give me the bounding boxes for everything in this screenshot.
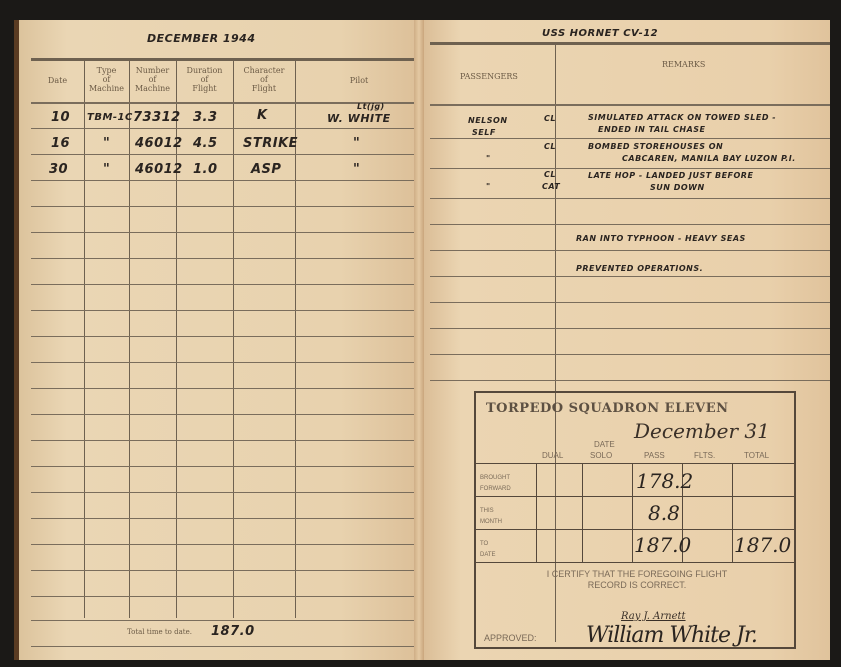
- stamp-col-flts: FLTS.: [694, 451, 715, 460]
- row-rule: [31, 570, 423, 571]
- row-rule: [430, 354, 830, 355]
- to-date-total: 187.0: [734, 533, 791, 557]
- column-divider: [129, 58, 130, 618]
- this-month-pass: 8.8: [648, 501, 680, 525]
- row1-code: CL: [544, 114, 556, 123]
- col-header-type: Type of Machine: [84, 66, 129, 93]
- stamp-col-divider: [582, 463, 583, 562]
- row1-duration: 3.3: [193, 110, 218, 125]
- stamp-col-divider: [536, 463, 537, 562]
- stamp-col-divider: [732, 463, 733, 562]
- row-rule: [31, 596, 423, 597]
- header-text: Character: [233, 66, 295, 75]
- stamp-row-label-to-date: TO DATE: [480, 539, 496, 561]
- typhoon-note: RAN INTO TYPHOON - HEAVY SEAS: [576, 234, 746, 243]
- column-divider: [84, 58, 85, 618]
- row-rule: [31, 466, 423, 467]
- row-rule: [430, 224, 830, 225]
- row3-code: CL: [544, 170, 556, 179]
- row-rule: [31, 180, 423, 181]
- row3-duration: 1.0: [193, 162, 218, 177]
- row-rule: [430, 198, 830, 199]
- stamp-rule: [476, 496, 794, 497]
- row1-remark-2: ENDED IN TAIL CHASE: [598, 125, 706, 134]
- stamp-rule: [476, 562, 794, 563]
- row-rule: [31, 284, 423, 285]
- stamp-col-divider: [632, 463, 633, 562]
- stamp-col-pass: PASS: [644, 451, 665, 460]
- table-top-rule: [31, 58, 423, 61]
- month-heading: DECEMBER 1944: [147, 32, 256, 45]
- row-rule: [31, 362, 423, 363]
- row1-remark: SIMULATED ATTACK ON TOWED SLED -: [588, 113, 776, 122]
- certification-text: I CERTIFY THAT THE FOREGOING FLIGHT RECO…: [502, 569, 772, 591]
- stamp-col-solo: SOLO: [590, 451, 612, 460]
- left-page: DECEMBER 1944 Date Type of Machine Numbe…: [14, 20, 420, 660]
- col-header-pilot: Pilot: [295, 76, 423, 85]
- row-rule: [430, 168, 830, 169]
- col-header-passengers: PASSENGERS: [460, 72, 518, 81]
- row-rule: [31, 544, 423, 545]
- row2-type: ": [103, 136, 110, 151]
- label-line: FORWARD: [480, 484, 511, 495]
- row1-date: 10: [51, 110, 70, 125]
- header-text: Machine: [84, 84, 129, 93]
- row2-code: CL: [544, 142, 556, 151]
- row-rule: [430, 250, 830, 251]
- stamp-row-label-this-month: THIS MONTH: [480, 506, 502, 528]
- row-rule: [31, 620, 423, 621]
- header-text: Flight: [176, 84, 233, 93]
- row-rule: [31, 336, 423, 337]
- row-rule: [31, 646, 423, 647]
- col-header-date: Date: [31, 76, 84, 85]
- row-rule: [31, 440, 423, 441]
- row3-pilot: ": [353, 162, 360, 177]
- col-header-remarks: REMARKS: [662, 60, 705, 69]
- table-top-rule: [430, 42, 830, 45]
- row3-remark: LATE HOP - LANDED JUST BEFORE: [588, 171, 753, 180]
- stamp-rule: [476, 529, 794, 530]
- row1-passenger: NELSON: [468, 116, 508, 125]
- logbook-photo: DECEMBER 1944 Date Type of Machine Numbe…: [0, 0, 841, 667]
- stamp-rule: [476, 463, 794, 464]
- header-bottom-rule: [430, 104, 830, 106]
- label-line: BROUGHT: [480, 473, 511, 484]
- row1-passenger-2: SELF: [472, 128, 496, 137]
- row3-character: ASP: [251, 162, 281, 177]
- label-line: THIS: [480, 506, 502, 517]
- row3-passenger: ": [486, 182, 491, 191]
- label-line: MONTH: [480, 517, 502, 528]
- row3-date: 30: [49, 162, 68, 177]
- header-text: Flight: [233, 84, 295, 93]
- row1-character: K: [257, 108, 268, 123]
- row-rule: [31, 154, 423, 155]
- row-rule: [430, 302, 830, 303]
- row2-date: 16: [51, 136, 70, 151]
- certify-line: RECORD IS CORRECT.: [502, 580, 772, 591]
- stamp-col-total: TOTAL: [744, 451, 769, 460]
- row-rule: [31, 310, 423, 311]
- header-text: Number: [129, 66, 176, 75]
- row1-number: 73312: [133, 110, 181, 125]
- row2-duration: 4.5: [193, 136, 218, 151]
- row3-remark-2: SUN DOWN: [650, 183, 705, 192]
- row-rule: [31, 232, 423, 233]
- ship-heading: USS HORNET CV-12: [542, 28, 658, 39]
- book-spine-gutter: [414, 20, 424, 660]
- total-time-label: Total time to date.: [127, 628, 192, 636]
- approver-signature: William White Jr.: [586, 623, 757, 648]
- col-header-duration: Duration of Flight: [176, 66, 233, 93]
- row-rule: [31, 492, 423, 493]
- header-text: Pilot: [295, 76, 423, 85]
- col-header-character: Character of Flight: [233, 66, 295, 93]
- row-rule: [430, 138, 830, 139]
- stamp-date-label: DATE: [594, 440, 615, 449]
- to-date-pass: 187.0: [634, 533, 691, 557]
- header-text: Duration: [176, 66, 233, 75]
- squadron-certification-stamp: TORPEDO SQUADRON ELEVEN DATE December 31…: [474, 391, 796, 649]
- approved-label: APPROVED:: [484, 633, 537, 643]
- row2-pilot: ": [353, 136, 360, 151]
- row2-remark-2: CABCAREN, MANILA BAY LUZON P.I.: [622, 154, 796, 163]
- row3-type: ": [103, 162, 110, 177]
- header-text: of: [129, 75, 176, 84]
- header-text: of: [233, 75, 295, 84]
- stamp-col-dual: DUAL: [542, 451, 563, 460]
- brought-forward-pass: 178.2: [636, 469, 693, 493]
- row2-character: STRIKE: [243, 136, 298, 151]
- column-divider: [233, 58, 234, 618]
- row-rule: [31, 388, 423, 389]
- row1-pilot-rank: Lt(jg): [357, 102, 385, 111]
- row-rule: [430, 380, 830, 381]
- certifier-signature: Ray J. Arnett: [621, 611, 686, 622]
- row-rule: [430, 328, 830, 329]
- typhoon-note-2: PREVENTED OPERATIONS.: [576, 264, 703, 273]
- row2-passenger: ": [486, 154, 491, 163]
- certify-line: I CERTIFY THAT THE FOREGOING FLIGHT: [502, 569, 772, 580]
- header-text: Date: [31, 76, 84, 85]
- header-text: of: [176, 75, 233, 84]
- stamp-title: TORPEDO SQUADRON ELEVEN: [486, 401, 729, 416]
- total-time-value: 187.0: [211, 624, 255, 639]
- label-line: DATE: [480, 550, 496, 561]
- row-rule: [430, 276, 830, 277]
- row-rule: [31, 518, 423, 519]
- row-rule: [31, 414, 423, 415]
- row3-code-2: CAT: [542, 182, 560, 191]
- stamp-date-value: December 31: [634, 419, 770, 443]
- right-page: USS HORNET CV-12 PASSENGERS REMARKS NELS…: [420, 20, 830, 660]
- row2-remark: BOMBED STOREHOUSES ON: [588, 142, 723, 151]
- label-line: TO: [480, 539, 496, 550]
- row2-number: 46012: [135, 136, 183, 151]
- row1-pilot: W. WHITE: [327, 112, 391, 125]
- header-text: of: [84, 75, 129, 84]
- stamp-row-label-brought-forward: BROUGHT FORWARD: [480, 473, 511, 495]
- header-text: Machine: [129, 84, 176, 93]
- row1-type: TBM-1C: [87, 112, 133, 123]
- row-rule: [31, 206, 423, 207]
- row-rule: [31, 128, 423, 129]
- row3-number: 46012: [135, 162, 183, 177]
- col-header-number: Number of Machine: [129, 66, 176, 93]
- row-rule: [31, 258, 423, 259]
- header-text: Type: [84, 66, 129, 75]
